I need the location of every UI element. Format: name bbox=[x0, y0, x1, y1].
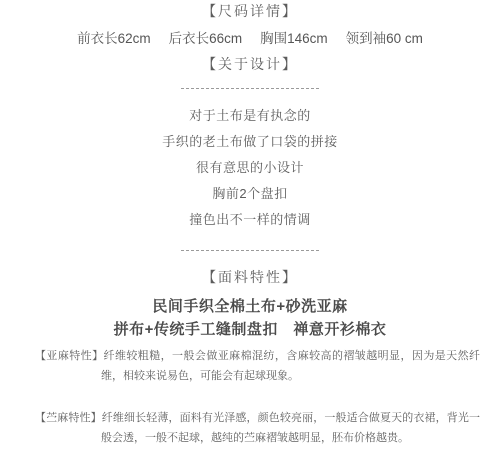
fabric-highlight-line: 民间手织全棉土布+砂洗亚麻 bbox=[0, 295, 500, 318]
product-description-page: 【尺码详情】 前衣长62cm 后衣长66cm 胸围146cm 领到袖60 cm … bbox=[0, 0, 500, 450]
linen-note-text: 纤维较粗糙，一般会做亚麻棉混纺，含麻较高的褶皱越明显，因为是天然纤维，相较来说易… bbox=[101, 350, 480, 382]
measurement-front-length: 前衣长62cm bbox=[77, 31, 151, 47]
linen-note-label: 【亚麻特性】 bbox=[35, 350, 104, 362]
design-description: 对于土布是有执念的 手织的老土布做了口袋的拼接 很有意思的小设计 胸前2个盘扣 … bbox=[0, 103, 500, 233]
dashed-divider bbox=[181, 88, 319, 89]
ramie-note: 【苎麻特性】纤维细长轻薄，面料有光泽感，颜色较亮丽，一般适合做夏天的衣裙，背光一… bbox=[35, 408, 480, 448]
fabric-section-title: 【面料特性】 bbox=[0, 269, 500, 285]
design-line: 胸前2个盘扣 bbox=[0, 181, 500, 207]
fabric-notes: 【亚麻特性】纤维较粗糙，一般会做亚麻棉混纺，含麻较高的褶皱越明显，因为是天然纤维… bbox=[0, 346, 500, 448]
design-line: 对于土布是有执念的 bbox=[0, 103, 500, 129]
ramie-note-label: 【苎麻特性】 bbox=[35, 412, 102, 424]
design-line: 手织的老土布做了口袋的拼接 bbox=[0, 129, 500, 155]
fabric-highlights: 民间手织全棉土布+砂洗亚麻 拼布+传统手工缝制盘扣 禅意开衫棉衣 bbox=[0, 295, 500, 341]
measurement-bust: 胸围146cm bbox=[260, 31, 328, 47]
dashed-divider bbox=[181, 250, 319, 251]
size-section-title: 【尺码详情】 bbox=[0, 0, 500, 19]
design-section-title: 【关于设计】 bbox=[0, 56, 500, 72]
ramie-note-text: 纤维细长轻薄，面料有光泽感，颜色较亮丽，一般适合做夏天的衣裙，背光一般会透，一般… bbox=[101, 412, 480, 444]
fabric-highlight-line: 拼布+传统手工缝制盘扣 禅意开衫棉衣 bbox=[0, 318, 500, 341]
design-line: 撞色出不一样的情调 bbox=[0, 207, 500, 233]
design-line: 很有意思的小设计 bbox=[0, 155, 500, 181]
measurement-back-length: 后衣长66cm bbox=[169, 31, 243, 47]
size-measurements-row: 前衣长62cm 后衣长66cm 胸围146cm 领到袖60 cm bbox=[0, 31, 500, 47]
linen-note: 【亚麻特性】纤维较粗糙，一般会做亚麻棉混纺，含麻较高的褶皱越明显，因为是天然纤维… bbox=[35, 346, 480, 386]
measurement-sleeve: 领到袖60 cm bbox=[346, 31, 423, 47]
